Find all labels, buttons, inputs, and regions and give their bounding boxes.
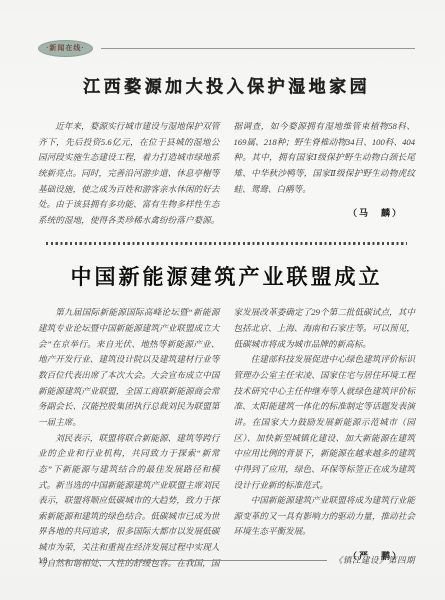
article-title: 江西婺源加大投入保护湿地家园 [38,72,415,97]
badge-label: ·新闻在线· [46,44,85,52]
column-badge: ·新闻在线· [38,40,93,57]
article-wetland: 江西婺源加大投入保护湿地家园 近年来，婺源实行城市建设与湿地保护双管齐下，先后投… [38,72,415,228]
section-divider [46,242,407,245]
journal-issue: 《镇江建设》第四期 [334,554,415,566]
page-header: ·新闻在线· [38,40,415,56]
footer-rule [56,560,327,561]
magazine-page: ·新闻在线· 江西婺源加大投入保护湿地家园 近年来，婺源实行城市建设与湿地保护双… [0,0,445,600]
article-body: 第九届国际新能源国际高峰论坛暨“新能源建筑专业论坛暨中国新能源建筑产业联盟成立大… [38,305,415,571]
article-alliance: 中国新能源建筑产业联盟成立 第九届国际新能源国际高峰论坛暨“新能源建筑专业论坛暨… [38,261,415,571]
article-paragraph: 第九届国际新能源国际高峰论坛暨“新能源建筑专业论坛暨中国新能源建筑产业联盟成立大… [38,305,220,430]
article-byline: （马 麟） [234,205,416,221]
page-number: 18 [38,555,49,565]
article-body: 近年来，婺源实行城市建设与湿地保护双管齐下，先后投资5.6亿元，在位于县城的湿地… [38,119,415,228]
article-paragraph: 中国新能源建筑产业联盟将成为建筑行业能源变革的又一具有影响力的驱动力量，推动社会… [234,493,416,540]
header-rule [101,48,415,49]
page-footer: 18 《镇江建设》第四期 [38,554,415,566]
article-title: 中国新能源建筑产业联盟成立 [38,261,415,291]
article-paragraph: 住建部科技发展促进中心绿色建筑评价标识管理办公室主任宋凌、国家住宅与居住环境工程… [234,352,416,493]
